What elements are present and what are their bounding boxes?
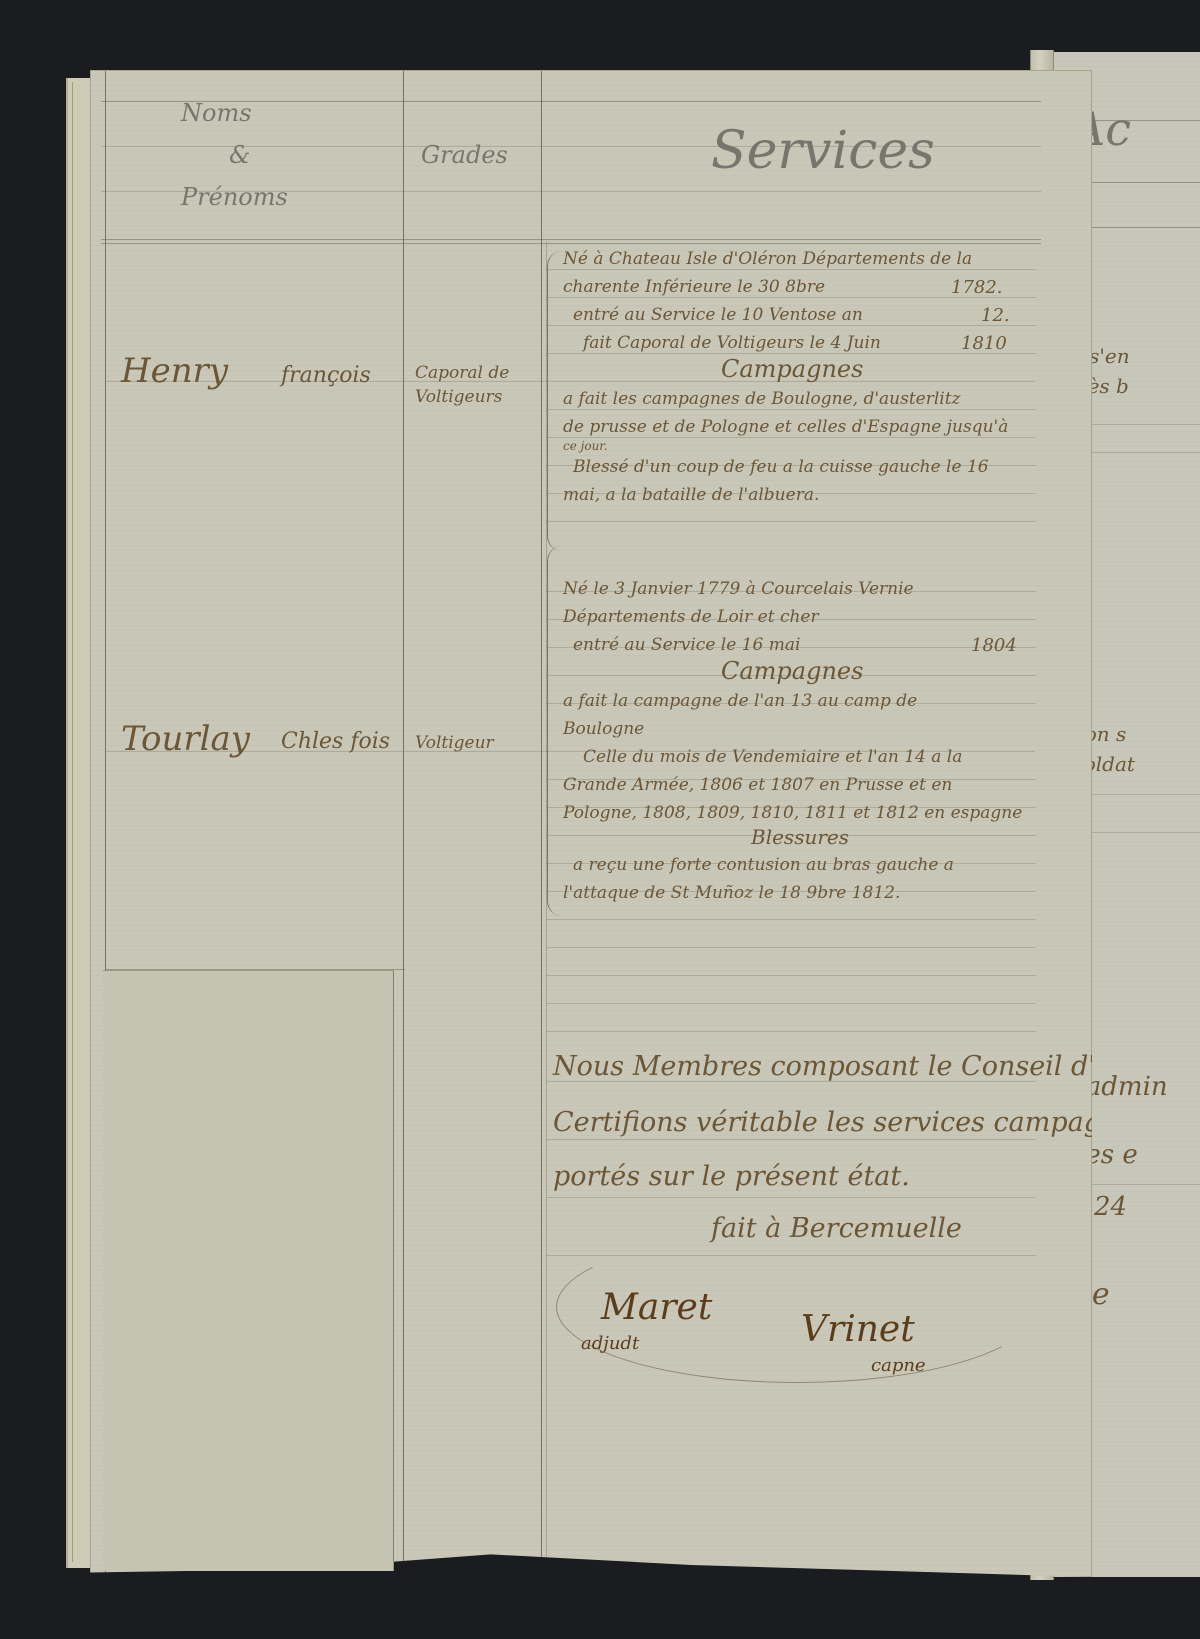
certification-line-2: Certifions véritable les services campag… <box>553 1107 1173 1138</box>
brace-henry <box>547 251 562 551</box>
campaign-line: a fait les campagnes de Boulogne, d'aust… <box>563 389 961 409</box>
campaigns-heading: Campagnes <box>721 355 863 383</box>
service-year: 1804 <box>971 635 1017 656</box>
signature-vrinet-title: capne <box>871 1355 926 1376</box>
given-name-tourlay: Chles fois <box>281 729 390 754</box>
wound-line: Blessé d'un coup de feu a la cuisse gauc… <box>573 457 989 477</box>
service-year: 12. <box>981 305 1010 326</box>
campaign-line: a fait la campagne de l'an 13 au camp de <box>563 691 917 711</box>
grade-tourlay: Voltigeur <box>415 731 494 755</box>
header-ampersand: & <box>229 141 250 169</box>
header-grades: Grades <box>421 141 508 169</box>
service-line: fait Caporal de Voltigeurs le 4 Juin <box>583 333 881 353</box>
campaign-line: Pologne, 1808, 1809, 1810, 1811 et 1812 … <box>563 803 1022 823</box>
lower-left-flap <box>103 970 394 1571</box>
service-line: Départements de Loir et cher <box>563 607 819 627</box>
wound-line: mai, a la bataille de l'albuera. <box>563 485 819 505</box>
grade-henry-2: Voltigeurs <box>415 385 502 409</box>
certification-line-1: Nous Membres composant le Conseil d'admi… <box>553 1051 1181 1082</box>
campaigns-heading: Campagnes <box>721 657 863 685</box>
wound-line: l'attaque de St Muñoz le 18 9bre 1812. <box>563 883 900 903</box>
signature-vrinet: Vrinet <box>801 1309 915 1350</box>
grade-henry-1: Caporal de <box>415 361 509 385</box>
campaign-line: Celle du mois de Vendemiaire et l'an 14 … <box>583 747 962 767</box>
signature-maret: Maret <box>601 1287 712 1328</box>
service-line: Né le 3 Janvier 1779 à Courcelais Vernie <box>563 579 914 599</box>
brace-tourlay <box>547 546 562 916</box>
campaign-line: Grande Armée, 1806 et 1807 en Prusse et … <box>563 775 952 795</box>
certification-line-3: portés sur le présent état. <box>553 1161 910 1192</box>
campaign-line: ce jour. <box>563 439 608 453</box>
service-line: Né à Chateau Isle d'Oléron Départements … <box>563 249 972 269</box>
surname-henry: Henry <box>121 351 228 391</box>
service-line: entré au Service le 10 Ventose an <box>573 305 863 325</box>
given-name-henry: françois <box>281 363 371 388</box>
service-year: 1810 <box>961 333 1007 354</box>
header-noms: Noms <box>181 99 252 127</box>
campaign-line: Boulogne <box>563 719 644 739</box>
wounds-heading: Blessures <box>751 825 849 849</box>
wound-line: a reçu une forte contusion au bras gauch… <box>573 855 954 875</box>
service-year: 1782. <box>951 277 1003 298</box>
service-line: entré au Service le 16 mai <box>573 635 800 655</box>
header-prenoms: Prénoms <box>181 183 288 211</box>
campaign-line: de prusse et de Pologne et celles d'Espa… <box>563 417 1008 437</box>
service-line: charente Inférieure le 30 8bre <box>563 277 825 297</box>
header-services: Services <box>711 121 935 181</box>
signature-maret-title: adjudt <box>581 1333 639 1354</box>
surname-tourlay: Tourlay <box>121 719 250 759</box>
